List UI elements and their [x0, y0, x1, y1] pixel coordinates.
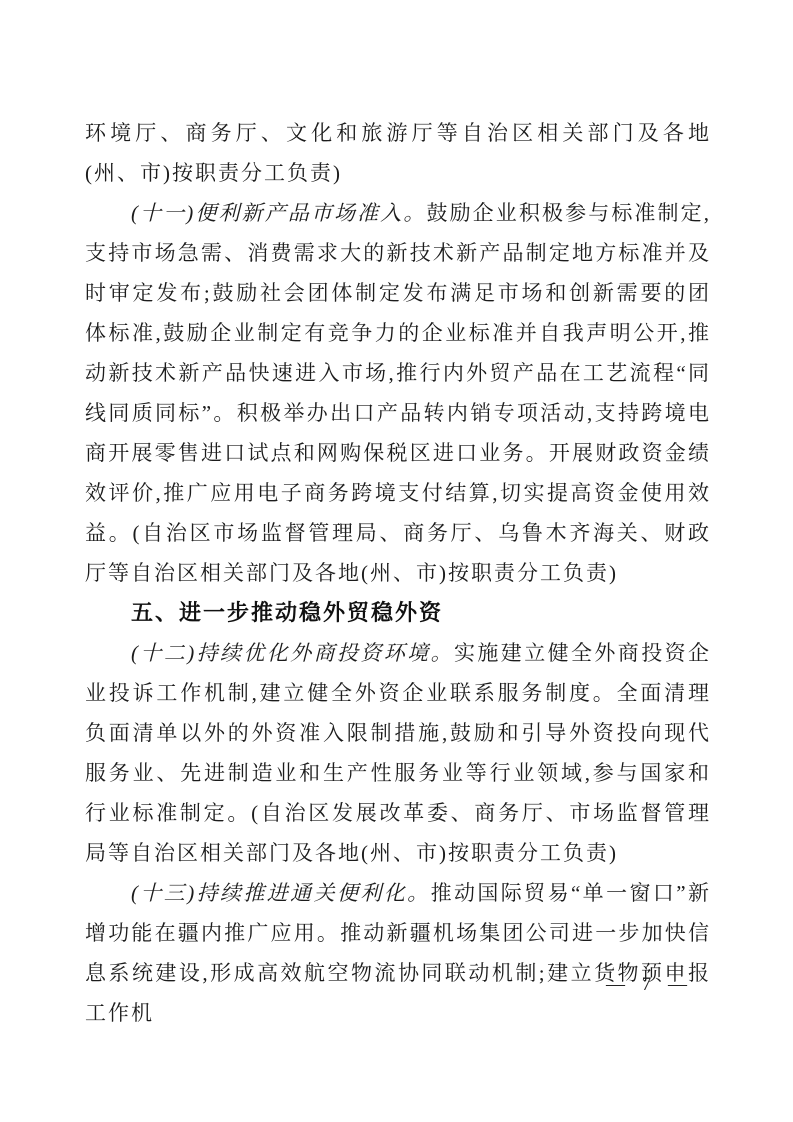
paragraph-12-lead: (十二)持续优化外商投资环境。	[131, 641, 454, 665]
paragraph-13-lead: (十三)持续推进通关便利化。	[131, 881, 431, 905]
page-number: — 7 —	[606, 974, 693, 996]
paragraph-11-body: 鼓励企业积极参与标准制定,支持市场急需、消费需求大的新技术新产品制定地方标准并及…	[85, 201, 711, 585]
section-heading-5: 五、进一步推动稳外贸稳外资	[85, 593, 711, 633]
body-text: 环境厅、商务厅、文化和旅游厅等自治区相关部门及各地(州、市)按职责分工负责) (…	[85, 113, 711, 1033]
document-page: 环境厅、商务厅、文化和旅游厅等自治区相关部门及各地(州、市)按职责分工负责) (…	[0, 0, 793, 1122]
paragraph-continuation-text: 环境厅、商务厅、文化和旅游厅等自治区相关部门及各地(州、市)按职责分工负责)	[85, 121, 711, 185]
paragraph-12: (十二)持续优化外商投资环境。实施建立健全外商投资企业投诉工作机制,建立健全外资…	[85, 633, 711, 873]
paragraph-continuation: 环境厅、商务厅、文化和旅游厅等自治区相关部门及各地(州、市)按职责分工负责)	[85, 113, 711, 193]
paragraph-13: (十三)持续推进通关便利化。推动国际贸易“单一窗口”新增功能在疆内推广应用。推动…	[85, 873, 711, 1033]
paragraph-12-body: 实施建立健全外商投资企业投诉工作机制,建立健全外资企业联系服务制度。全面清理负面…	[85, 641, 711, 865]
paragraph-11: (十一)便利新产品市场准入。鼓励企业积极参与标准制定,支持市场急需、消费需求大的…	[85, 193, 711, 593]
paragraph-11-lead: (十一)便利新产品市场准入。	[131, 201, 426, 225]
